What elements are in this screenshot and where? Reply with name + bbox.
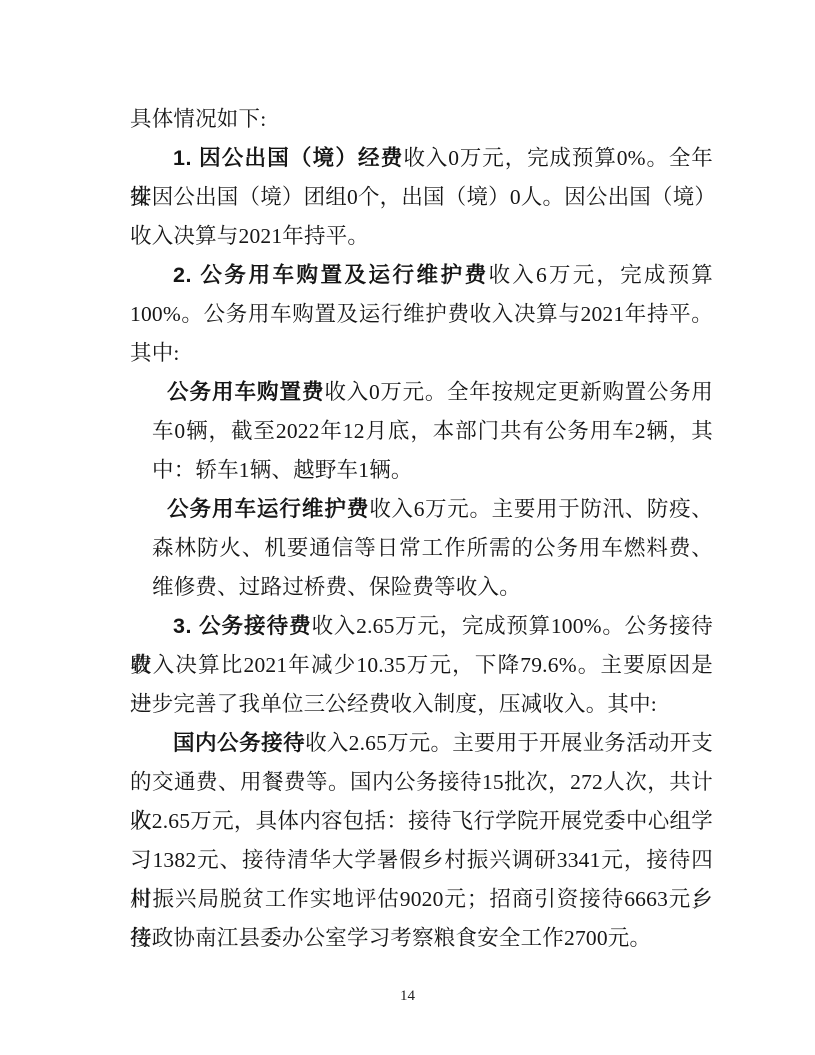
text-line: 公务用车运行维护费收入6万元。主要用于防汛、防疫、: [152, 490, 713, 529]
body-text: 车0辆，截至2022年12月底，本部门共有公务用车2辆，其: [152, 419, 713, 443]
body-text: 收入决算与2021年持平。: [130, 224, 369, 248]
text-line: 习1382元、接待清华大学暑假乡村振兴调研3341元，接待四川乡: [130, 841, 713, 880]
body-text: 其中:: [130, 341, 180, 365]
text-line: 具体情况如下:: [130, 100, 713, 139]
text-line: 车0辆，截至2022年12月底，本部门共有公务用车2辆，其: [152, 412, 713, 451]
body-text: 100%。公务用车购置及运行维护费收入决算与2021年持平。: [130, 302, 713, 326]
text-line: 的交通费、用餐费等。国内公务接待15批次，272人次，共计收: [130, 763, 713, 802]
text-line: 排因公出国（境）团组0个，出国（境）0人。因公出国（境）: [130, 178, 713, 217]
body-text: 维修费、过路过桥费、保险费等收入。: [152, 575, 521, 599]
body-text: 收入6万元，完成预算: [489, 263, 713, 287]
body-text: 收入0万元。全年按规定更新购置公务用: [325, 380, 713, 404]
body-text: 一步完善了我单位三公经费收入制度，压减收入。其中:: [130, 692, 657, 716]
body-text: 收入6万元。主要用于防汛、防疫、: [369, 497, 713, 521]
subsection-heading-domestic-reception: 国内公务接待: [173, 731, 305, 755]
body-text: 具体情况如下:: [130, 107, 266, 131]
text-line: 收入决算比2021年减少10.35万元，下降79.6%。主要原因是进: [130, 646, 713, 685]
text-line: 村振兴局脱贫工作实地评估9020元；招商引资接待6663元；接: [130, 880, 713, 919]
text-line: 1. 因公出国（境）经费收入0万元，完成预算0%。全年安: [130, 139, 713, 178]
body-text: 待政协南江县委办公室学习考察粮食安全工作2700元。: [130, 926, 651, 950]
body-text: 收入2.65万元。主要用于开展业务活动开支: [305, 731, 713, 755]
section-heading-1: 1. 因公出国（境）经费: [173, 146, 403, 170]
text-line: 3. 公务接待费收入2.65万元，完成预算100%。公务接待费: [130, 607, 713, 646]
text-line: 一步完善了我单位三公经费收入制度，压减收入。其中:: [130, 685, 713, 724]
body-text: 中：轿车1辆、越野车1辆。: [152, 458, 413, 482]
text-line: 100%。公务用车购置及运行维护费收入决算与2021年持平。: [130, 295, 713, 334]
subsection-heading-vehicle-purchase: 公务用车购置费: [167, 380, 325, 404]
body-text: 排因公出国（境）团组0个，出国（境）0人。因公出国（境）: [130, 185, 716, 209]
text-line: 维修费、过路过桥费、保险费等收入。: [152, 568, 713, 607]
text-line: 2. 公务用车购置及运行维护费收入6万元，完成预算: [130, 256, 713, 295]
subsection-heading-vehicle-maintenance: 公务用车运行维护费: [167, 497, 369, 521]
text-line: 入2.65万元，具体内容包括：接待飞行学院开展党委中心组学: [130, 802, 713, 841]
document-body: 具体情况如下: 1. 因公出国（境）经费收入0万元，完成预算0%。全年安 排因公…: [130, 100, 713, 958]
body-text: 森林防火、机要通信等日常工作所需的公务用车燃料费、: [152, 536, 713, 560]
text-line: 其中:: [130, 334, 713, 373]
text-line: 公务用车购置费收入0万元。全年按规定更新购置公务用: [152, 373, 713, 412]
text-line: 待政协南江县委办公室学习考察粮食安全工作2700元。: [130, 919, 713, 958]
text-line: 森林防火、机要通信等日常工作所需的公务用车燃料费、: [152, 529, 713, 568]
section-heading-2: 2. 公务用车购置及运行维护费: [173, 263, 489, 287]
text-line: 国内公务接待收入2.65万元。主要用于开展业务活动开支: [130, 724, 713, 763]
document-page: 具体情况如下: 1. 因公出国（境）经费收入0万元，完成预算0%。全年安 排因公…: [0, 0, 815, 1055]
text-line: 中：轿车1辆、越野车1辆。: [152, 451, 713, 490]
section-heading-3: 3. 公务接待费: [173, 614, 312, 638]
text-line: 收入决算与2021年持平。: [130, 217, 713, 256]
body-text: 入2.65万元，具体内容包括：接待飞行学院开展党委中心组学: [130, 809, 713, 833]
page-number: 14: [0, 986, 815, 1006]
